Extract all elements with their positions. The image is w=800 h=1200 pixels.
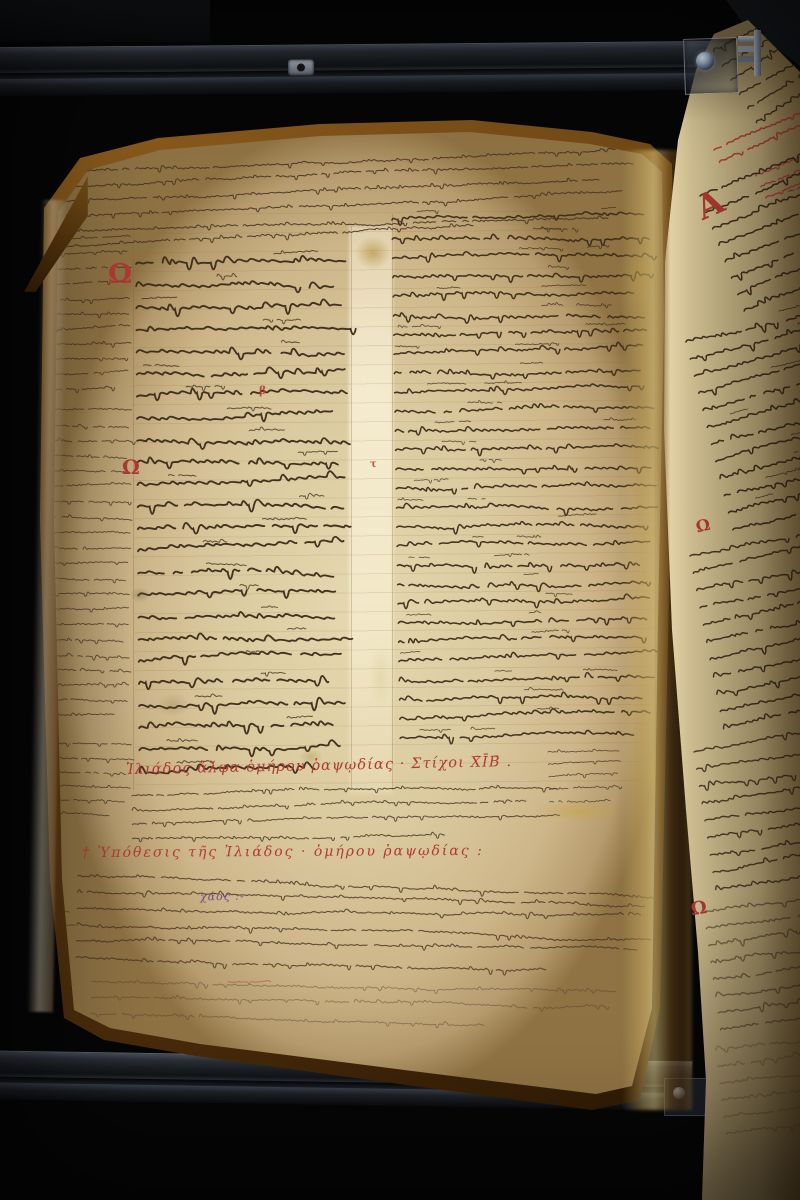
column-rule <box>133 214 134 790</box>
hypothesis-body-script <box>53 854 675 1010</box>
red-initial-right-low: Ω <box>690 899 709 919</box>
page-clamp-top <box>682 34 766 96</box>
manuscript-photo: Ἰλιάδος ἄλφα ὁμήρου ῥαψῳδίας · Στίχοι Χ̄… <box>0 0 800 1200</box>
bottom-faded-script <box>68 959 664 1068</box>
fitting-hole <box>297 64 305 72</box>
red-mark-1: β <box>259 385 266 396</box>
rail-slot <box>0 67 736 79</box>
ruling-lines <box>130 210 659 797</box>
faded-red-mark <box>206 960 294 1014</box>
parchment-stain <box>86 334 130 400</box>
clamp-stem <box>754 30 761 76</box>
red-mark-2: τ <box>370 460 377 470</box>
right-page-faint-script-2 <box>691 1010 800 1176</box>
rail-fitting <box>288 59 314 75</box>
right-page-lower-script <box>664 497 800 771</box>
right-page-upper-script <box>672 107 800 355</box>
red-initial-omega-2: Ω <box>122 457 140 477</box>
column-rule <box>392 214 393 790</box>
right-page-red-rubric-2 <box>727 125 800 238</box>
column-rule <box>351 226 352 790</box>
red-initial-omega-1: Ω <box>108 261 132 288</box>
frame-shadow-top-left <box>0 0 210 42</box>
cradle-rail-top <box>0 41 736 96</box>
right-page-mid-script <box>659 272 800 574</box>
clamp-screw <box>696 52 714 70</box>
